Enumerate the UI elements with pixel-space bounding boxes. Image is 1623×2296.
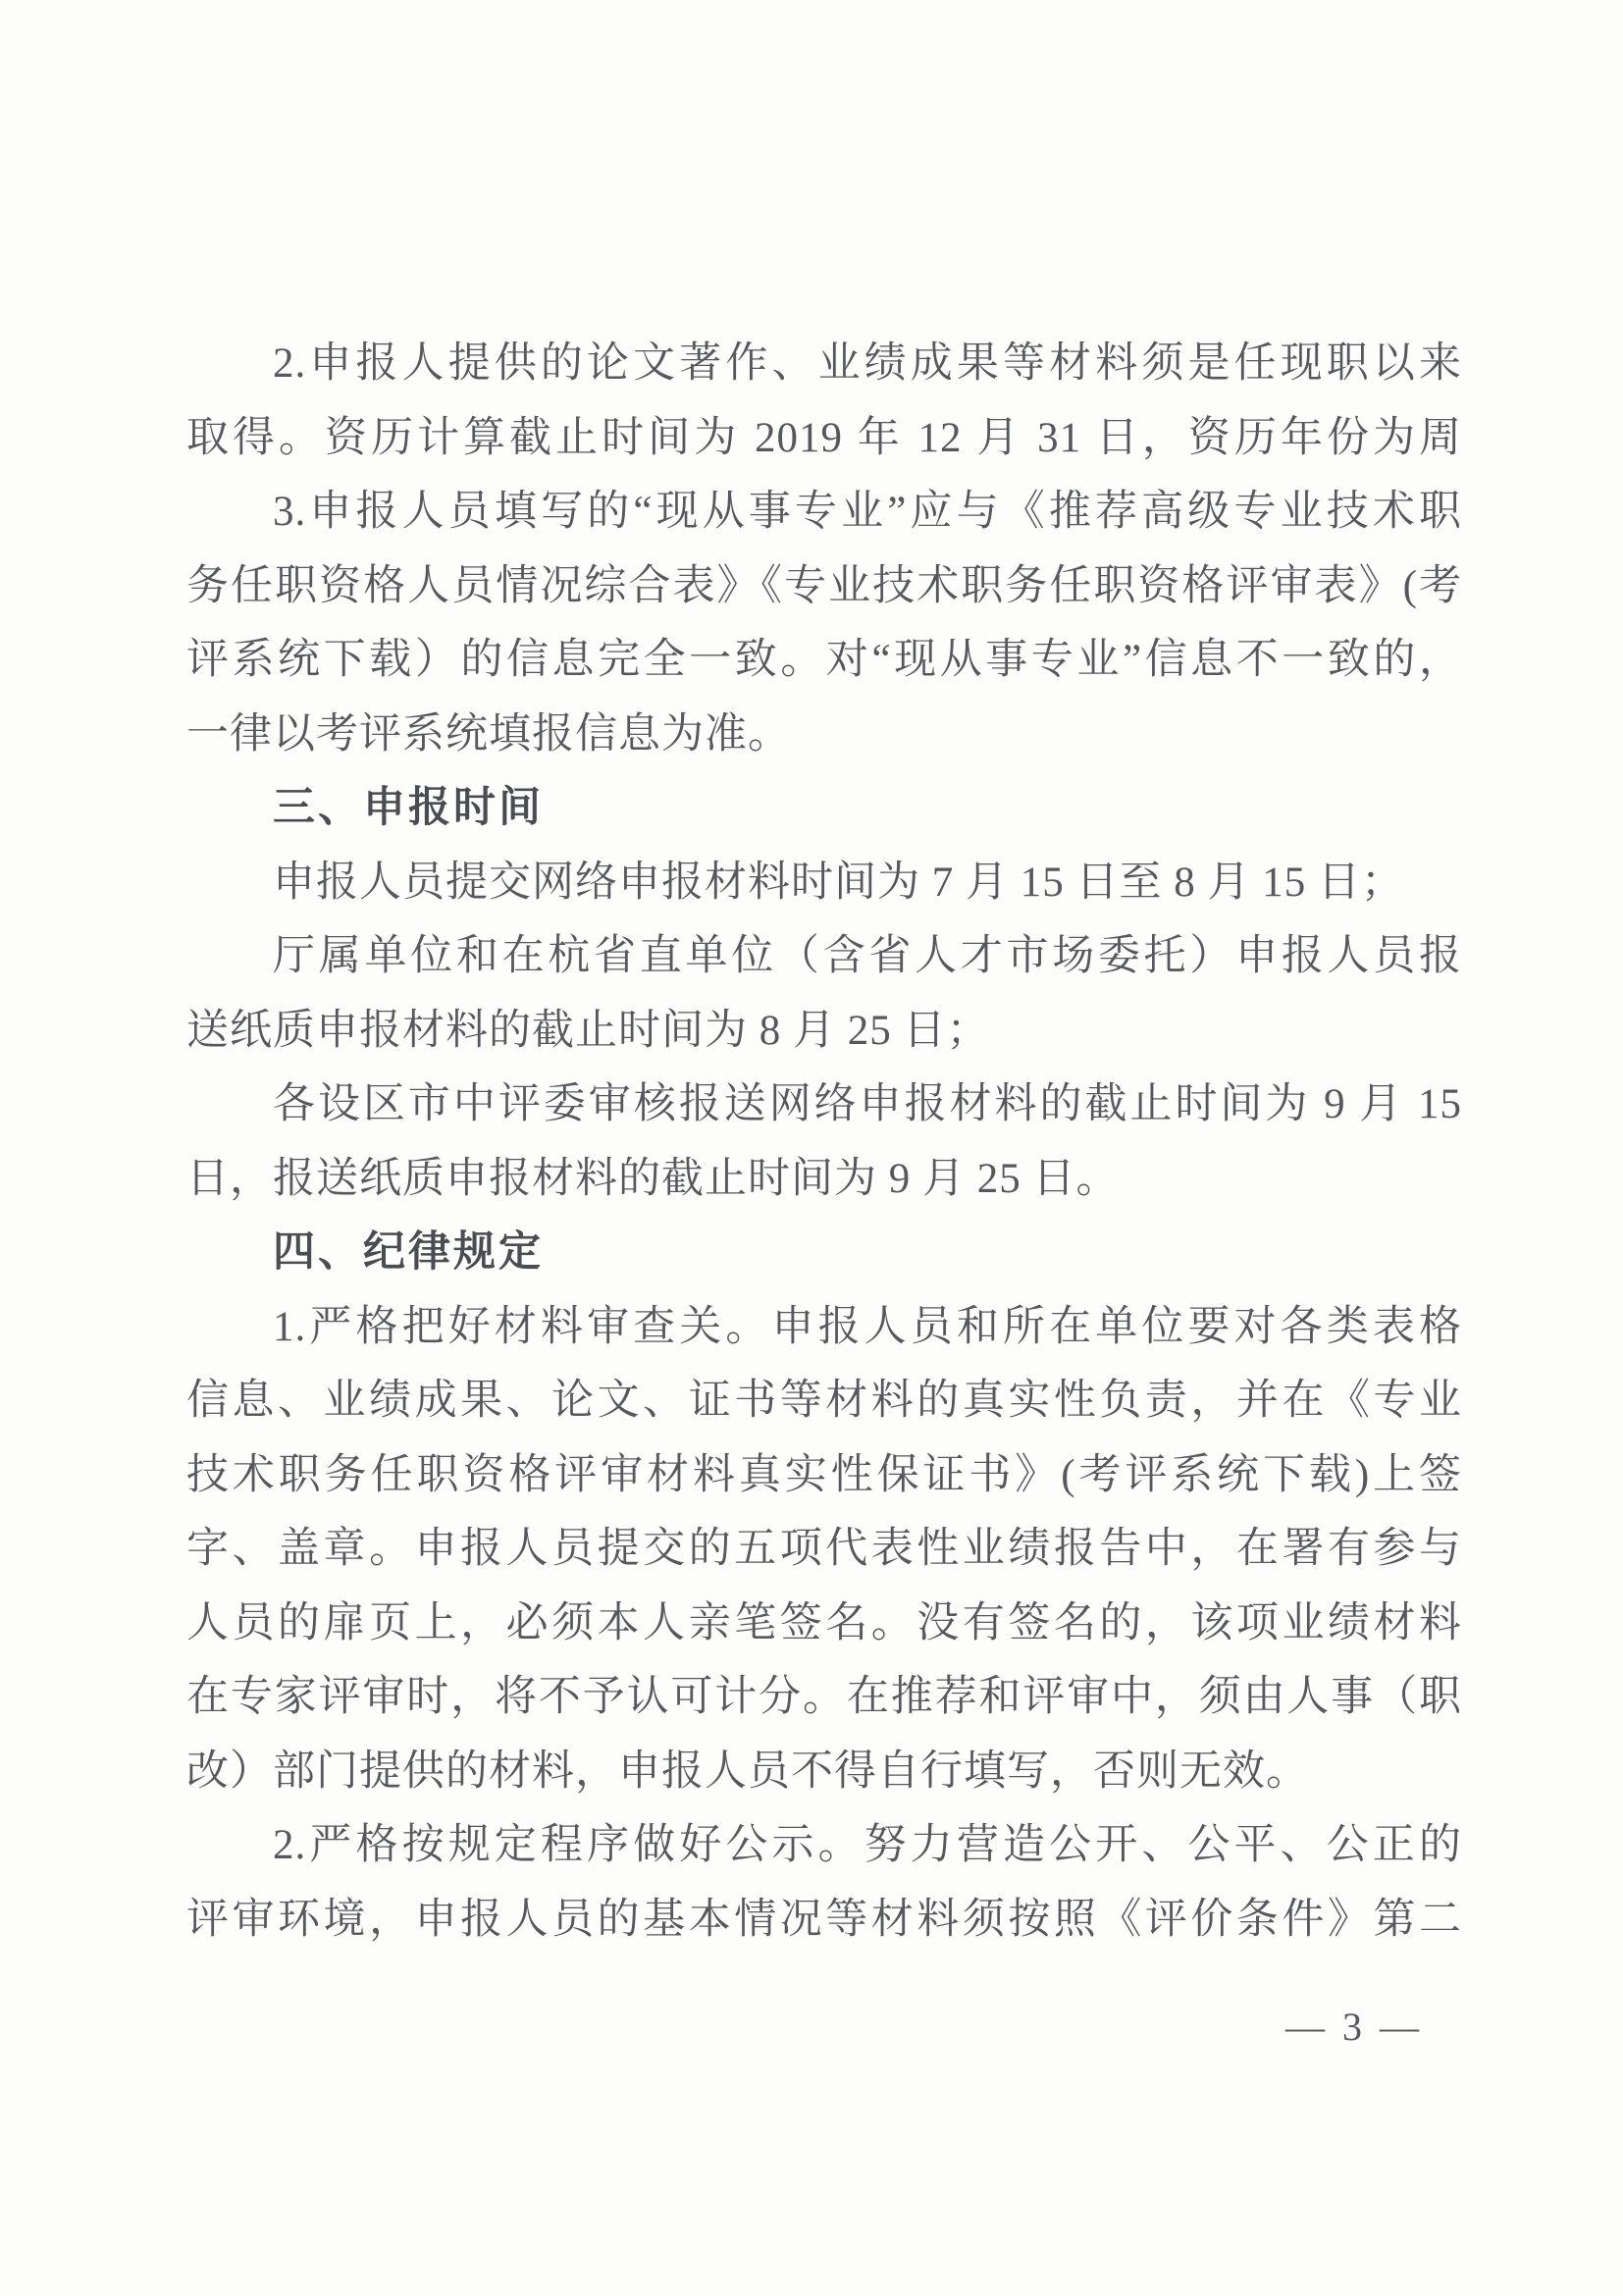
body-text-line: 一律以考评系统填报信息为准。 xyxy=(186,698,1462,772)
body-text-line: 2.申报人提供的论文著作、业绩成果等材料须是任现职以来 xyxy=(186,327,1462,401)
body-text-line: 2.严格按规定程序做好公示。努力营造公开、公平、公正的 xyxy=(186,1808,1462,1883)
body-text-line: 厅属单位和在杭省直单位（含省人才市场委托）申报人员报 xyxy=(186,919,1462,994)
page-number: — 3 — xyxy=(1285,2004,1423,2051)
body-text-line: 评审环境，申报人员的基本情况等材料须按照《评价条件》第二 xyxy=(186,1883,1462,1957)
body-text-line: 各设区市中评委审核报送网络申报材料的截止时间为 9 月 15 xyxy=(186,1068,1462,1142)
document-text-block: 2.申报人提供的论文著作、业绩成果等材料须是任现职以来取得。资历计算截止时间为 … xyxy=(186,327,1462,1957)
body-text-line: 申报人员提交网络申报材料时间为 7 月 15 日至 8 月 15 日； xyxy=(186,846,1462,920)
body-text-line: 人员的扉页上，必须本人亲笔签名。没有签名的，该项业绩材料 xyxy=(186,1587,1462,1661)
body-text-line: 1.严格把好材料审查关。申报人员和所在单位要对各类表格 xyxy=(186,1290,1462,1365)
body-text-line: 字、盖章。申报人员提交的五项代表性业绩报告中，在署有参与 xyxy=(186,1512,1462,1587)
body-text-line: 评系统下载）的信息完全一致。对“现从事专业”信息不一致的， xyxy=(186,623,1462,698)
body-text-line: 送纸质申报材料的截止时间为 8 月 25 日； xyxy=(186,994,1462,1069)
body-text-line: 取得。资历计算截止时间为 2019 年 12 月 31 日，资历年份为周年。 xyxy=(186,401,1462,476)
body-text-line: 在专家评审时，将不予认可计分。在推荐和评审中，须由人事（职 xyxy=(186,1660,1462,1735)
body-text-line: 技术职务任职资格评审材料真实性保证书》(考评系统下载)上签 xyxy=(186,1438,1462,1513)
body-text-line: 3.申报人员填写的“现从事专业”应与《推荐高级专业技术职 xyxy=(186,475,1462,549)
body-text-line: 日，报送纸质申报材料的截止时间为 9 月 25 日。 xyxy=(186,1142,1462,1217)
body-text-line: 改）部门提供的材料，申报人员不得自行填写，否则无效。 xyxy=(186,1735,1462,1809)
body-text-line: 信息、业绩成果、论文、证书等材料的真实性负责，并在《专业 xyxy=(186,1364,1462,1438)
section-heading: 四、纪律规定 xyxy=(186,1216,1462,1290)
body-text-line: 务任职资格人员情况综合表》《专业技术职务任职资格评审表》(考 xyxy=(186,549,1462,624)
scanned-document-page: 2.申报人提供的论文著作、业绩成果等材料须是任现职以来取得。资历计算截止时间为 … xyxy=(0,0,1623,2296)
section-heading: 三、申报时间 xyxy=(186,771,1462,846)
